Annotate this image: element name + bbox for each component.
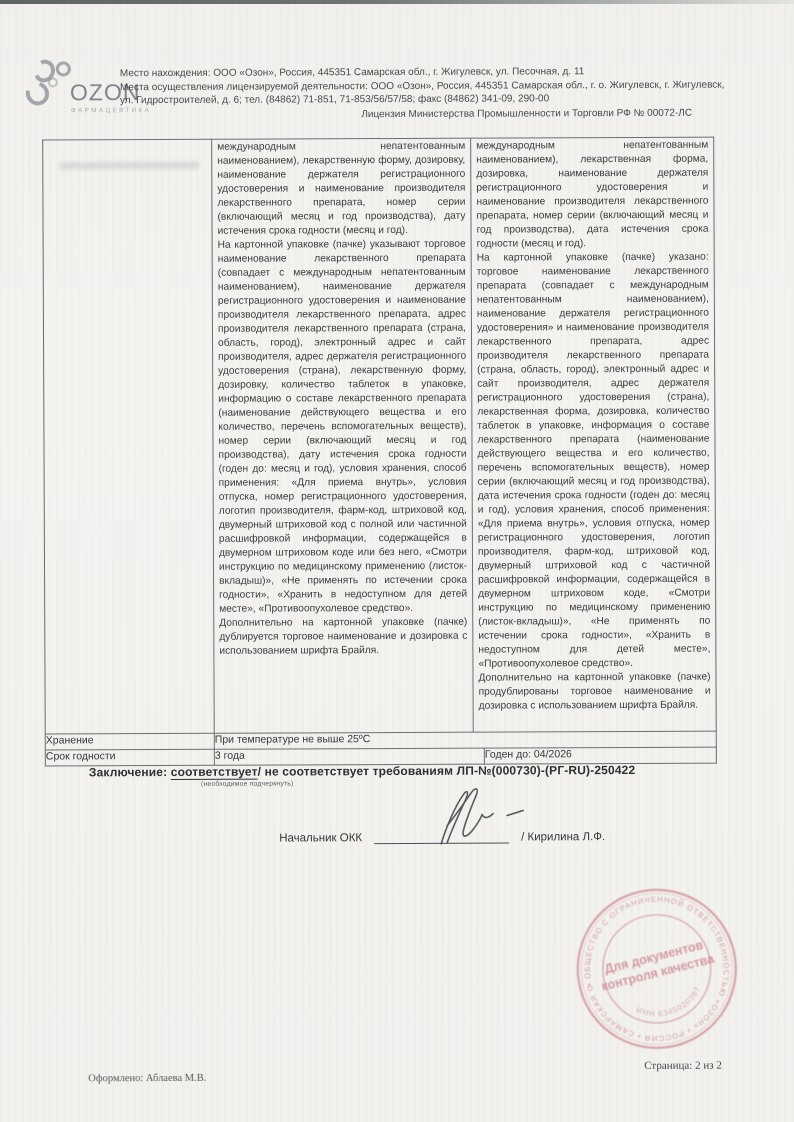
scan-smudge [59,162,199,170]
specification-table: международным непатентованным наименован… [42,137,717,767]
parameter-cell-empty [43,139,215,734]
stamp-inn-text: ИНН 6345020387 [632,983,707,1025]
signature-row: Начальник ОКК / Кирилина Л.Ф. [279,831,605,844]
expiry-value: Годен до: 04/2026 [484,747,716,764]
table-row: международным непатентованным наименован… [43,137,717,734]
quality-control-stamp: • ОБЩЕСТВО С ОГРАНИЧЕННОЙ ОТВЕТСТВЕННОСТ… [564,876,749,1061]
license-line: Лицензия Министерства Промышленности и Т… [361,106,736,121]
svg-text:ИНН 6345020387: ИНН 6345020387 [632,983,707,1025]
requirements-paragraph: На картонной упаковке (пачке) указывают … [218,238,468,617]
actual-paragraph: На картонной упаковке (пачке) указано: т… [477,251,711,672]
actual-paragraph: международным непатентованным наименован… [476,139,708,252]
address-line-2: Места осуществления лицензируемой деятел… [120,78,736,108]
requirements-paragraph: международным непатентованным наименован… [217,140,465,239]
conclusion-label: Заключение: [89,765,171,779]
conclusion-line: Заключение: соответствует/ не соответств… [89,763,729,789]
company-header: Место нахождения: ООО «Озон», Россия, 44… [120,65,736,123]
ozon-logo: OZON фармацевтика [26,59,126,129]
shelf-life-value: 3 года [214,748,484,765]
shelf-life-label: Срок годности [45,749,214,766]
logo-bubble-icon [48,77,58,87]
logo-bubble-icon [56,61,71,76]
requirements-paragraph: Дополнительно на картонной упаковке (пач… [219,616,467,659]
storage-label: Хранение [45,733,214,750]
signature-line [374,833,509,845]
conclusion-rest: / не соответствует требованиям ЛП-№(0007… [258,763,636,779]
prepared-by: Оформлено: Аблаева М.В. [88,1073,206,1085]
conclusion-footnote: (необходимое подчеркнуть) [201,779,729,788]
signatory-role: Начальник ОКК [279,832,362,844]
actual-paragraph: Дополнительно на картонной упаковке (пач… [478,671,710,714]
conclusion-underlined-option: соответствует [171,765,258,779]
page-number: Страница: 2 из 2 [644,1060,722,1072]
document-page: OZON фармацевтика Место нахождения: ООО … [0,0,794,1122]
actual-cell: международным непатентованным наименован… [471,137,717,732]
signatory-name: / Кирилина Л.Ф. [521,831,605,843]
requirements-cell: международным непатентованным наименован… [212,138,474,733]
